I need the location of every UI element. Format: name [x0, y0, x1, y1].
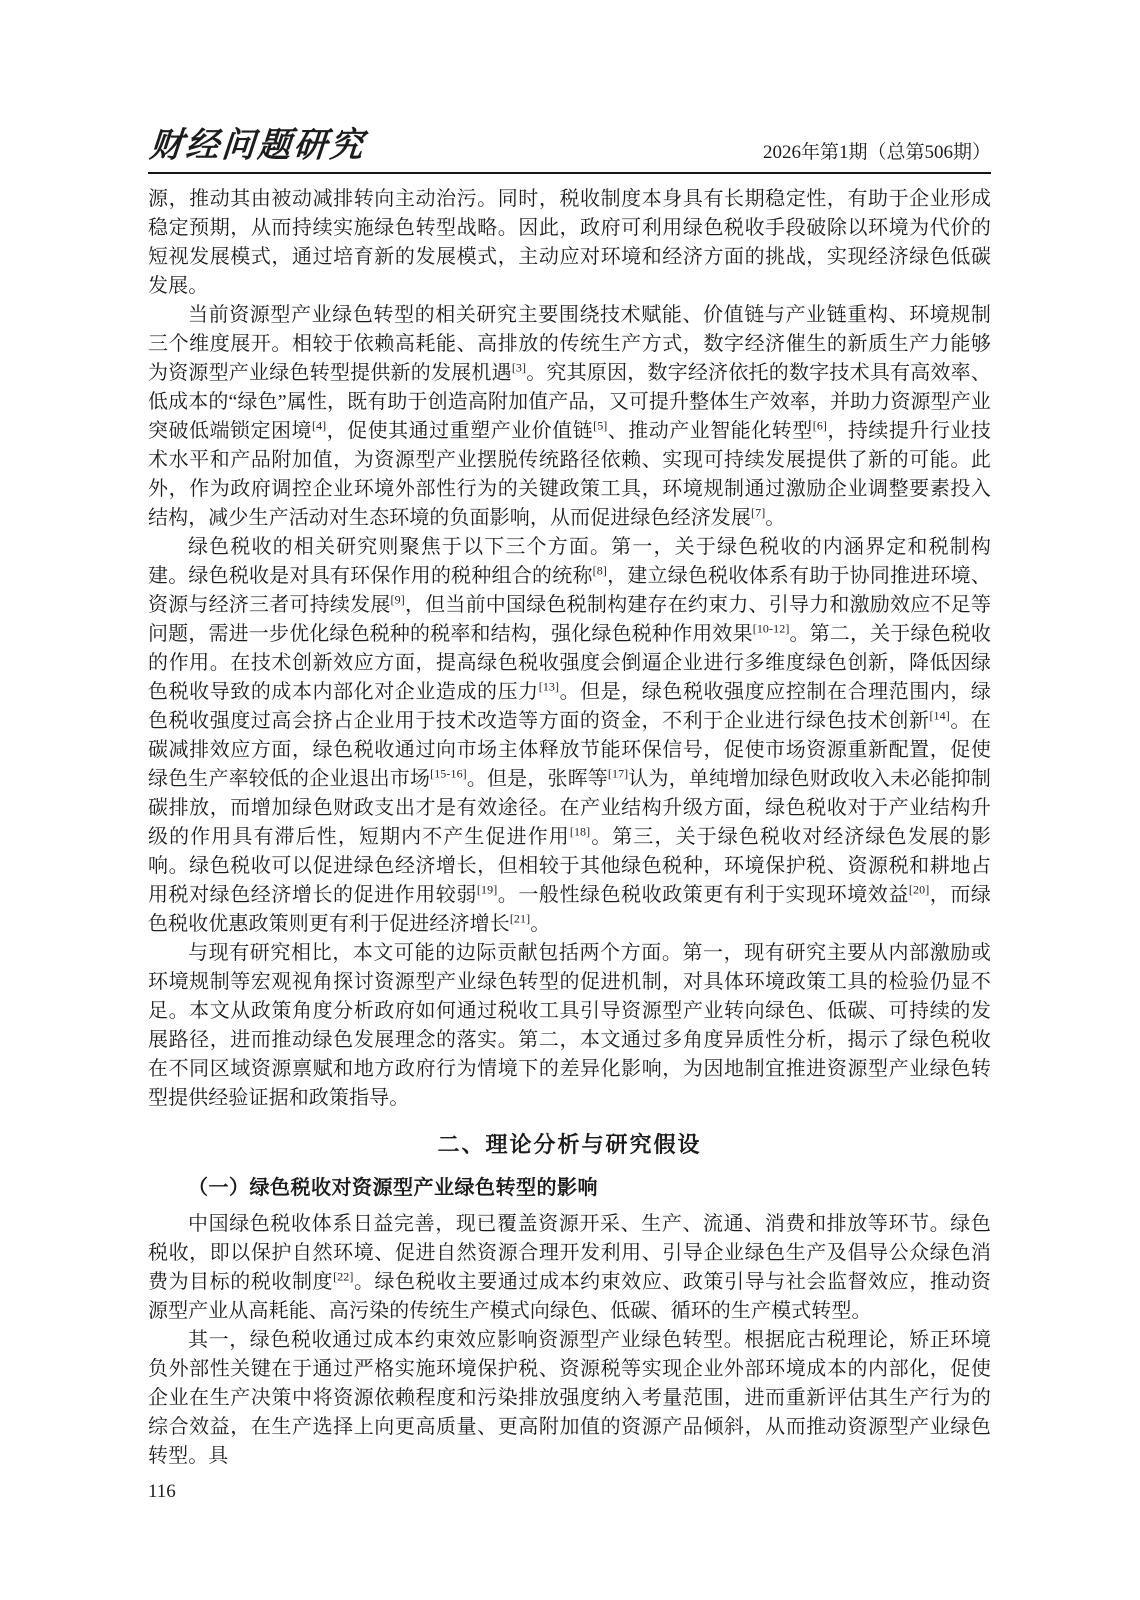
paragraph: 其一，绿色税收通过成本约束效应影响资源型产业绿色转型。根据庇古税理论，矫正环境负… [148, 1326, 991, 1471]
citation-ref: [8] [593, 563, 607, 577]
paragraph: 绿色税收的相关研究则聚焦于以下三个方面。第一，关于绿色税收的内涵界定和税制构建。… [148, 533, 991, 939]
citation-ref: [14] [929, 708, 949, 722]
citation-ref: [18] [570, 824, 590, 838]
citation-ref: [9] [391, 592, 405, 606]
page-header: 财经问题研究 2026年第1期（总第506期） [148, 124, 991, 172]
issue-info: 2026年第1期（总第506期） [763, 137, 991, 167]
paragraph: 中国绿色税收体系日益完善，现已覆盖资源开采、生产、流通、消费和排放等环节。绿色税… [148, 1210, 991, 1326]
citation-ref: [4] [312, 418, 326, 432]
citation-ref: [6] [813, 418, 827, 432]
citation-ref: [21] [510, 911, 530, 925]
citation-ref: [7] [751, 505, 765, 519]
journal-logo: 财经问题研究 [148, 118, 368, 167]
citation-ref: [19] [477, 882, 497, 896]
section-heading: 二、理论分析与研究假设 [148, 1130, 991, 1160]
citation-ref: [22] [333, 1269, 353, 1283]
citation-ref: [5] [593, 418, 607, 432]
article-body: 源，推动其由被动减排转向主动治污。同时，税收制度本身具有长期稳定性，有助于企业形… [148, 185, 991, 1471]
citation-ref: [15-16] [430, 766, 467, 780]
citation-ref: [3] [512, 360, 526, 374]
paragraph: 当前资源型产业绿色转型的相关研究主要围绕技术赋能、价值链与产业链重构、环境规制三… [148, 301, 991, 533]
page-content: 财经问题研究 2026年第1期（总第506期） 源，推动其由被动减排转向主动治污… [148, 124, 991, 1503]
citation-ref: [10-12] [753, 621, 790, 635]
paragraph: 源，推动其由被动减排转向主动治污。同时，税收制度本身具有长期稳定性，有助于企业形… [148, 185, 991, 301]
citation-ref: [13] [539, 679, 559, 693]
subsection-heading: （一）绿色税收对资源型产业绿色转型的影响 [148, 1174, 991, 1203]
header-rule [148, 172, 991, 174]
page-number: 116 [148, 1481, 991, 1503]
citation-ref: [20] [909, 882, 929, 896]
citation-ref: [17] [608, 766, 628, 780]
paragraph: 与现有研究相比，本文可能的边际贡献包括两个方面。第一，现有研究主要从内部激励或环… [148, 939, 991, 1113]
journal-page: 财经问题研究 2026年第1期（总第506期） 源，推动其由被动减排转向主动治污… [0, 0, 1140, 1600]
